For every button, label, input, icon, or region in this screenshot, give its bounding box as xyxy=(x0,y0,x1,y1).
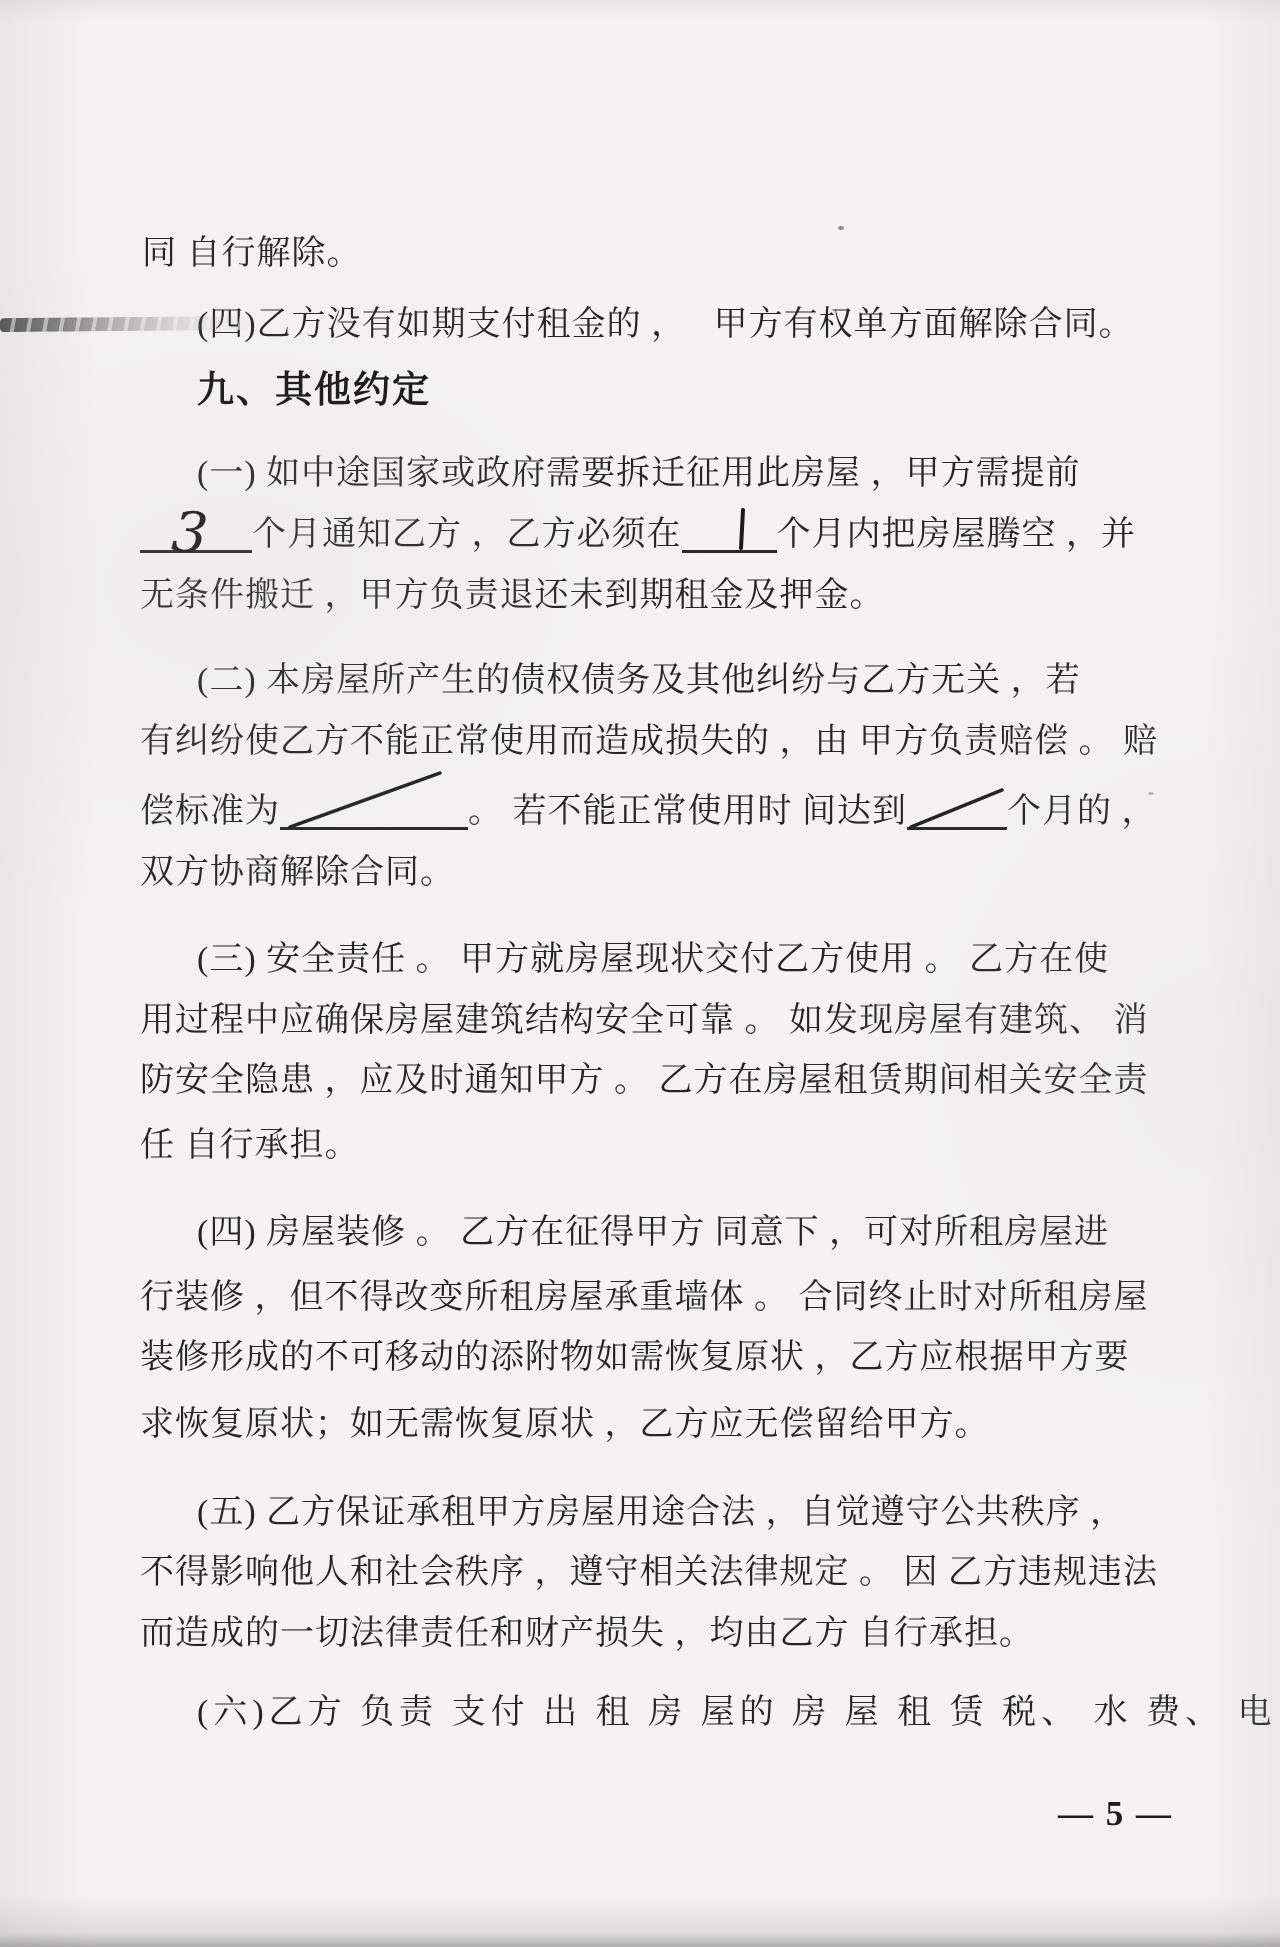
clause-9-6-line-1: (六)乙方 负责 支付 出 租 房 屋的 房 屋 租 赁 税、 水 费、 电 费… xyxy=(197,1691,1280,1735)
clause-9-3-line-3: 防安全隐患 ，应及时通知甲方 。 乙方在房屋租赁期间相关安全责 xyxy=(140,1059,1149,1103)
clause-text: 个月内把房屋腾空 ，并 xyxy=(777,516,1137,553)
clause-9-1-line-3: 无条件搬迁 ，甲方负责退还未到期租金及押金。 xyxy=(140,574,885,618)
scan-speck xyxy=(828,458,832,462)
clause-9-1-line-1: (一) 如中途国家或政府需要拆迁征用此房屋 ，甲方需提前 xyxy=(197,452,1081,496)
clause-9-3-line-2: 用过程中应确保房屋建筑结构安全可靠 。 如发现房屋有建筑、 消 xyxy=(140,999,1149,1043)
document-page: 同 自行解除。 (四)乙方没有如期支付租金的 ， 甲方有权单方面解除合同。 九、… xyxy=(0,0,1280,1947)
clause-9-4-line-3: 装修形成的不可移动的添附物如需恢复原状 ，乙方应根据甲方要 xyxy=(140,1336,1130,1380)
scan-speck xyxy=(838,226,844,230)
handwritten-number-3: 3 xyxy=(170,505,211,564)
clause-text: 个月的 ， xyxy=(1007,793,1157,830)
clause-9-5-line-1: (五) 乙方保证承租甲方房屋用途合法 ，自觉遵守公共秩序 ， xyxy=(197,1491,1125,1535)
handwritten-number-1 xyxy=(738,508,744,550)
clause-9-2-line-1: (二) 本房屋所产生的债权债务及其他纠纷与乙方无关 ，若 xyxy=(197,659,1081,703)
handwritten-blank-notice-months: 3 xyxy=(140,516,252,553)
page-number: — 5 — xyxy=(1058,1794,1173,1834)
crossed-out-blank-months xyxy=(907,793,1007,830)
scan-speck xyxy=(1148,792,1154,795)
clause-9-4-line-2: 行装修 ，但不得改变所租房屋承重墙体 。 合同终止时对所租房屋 xyxy=(140,1276,1149,1320)
scan-smudge-artifact xyxy=(0,316,262,332)
clause-9-2-line-2: 有纠纷使乙方不能正常使用而造成损失的 ，由 甲方负责赔偿 。 赔 xyxy=(140,720,1158,764)
clause-9-5-line-2: 不得影响他人和社会秩序 ，遵守相关法律规定 。 因 乙方违规违法 xyxy=(140,1551,1158,1595)
clause-text: 个月通知乙方 ，乙方必须在 xyxy=(252,516,682,553)
crossed-out-blank-compensation xyxy=(280,793,468,830)
handwritten-blank-vacate-months xyxy=(682,516,777,553)
slash-strike-mark xyxy=(280,769,468,831)
section-heading-other-agreements: 九、其他约定 xyxy=(197,368,431,412)
clause-9-3-line-4: 任 自行承担。 xyxy=(140,1124,360,1168)
clause-text: 偿标准为 xyxy=(140,793,280,830)
clause-9-4-line-4: 求恢复原状；如无需恢复原状 ，乙方应无偿留给甲方。 xyxy=(140,1403,990,1447)
clause-9-2-line-3: 偿标准为。 若不能正常使用时 间达到个月的 ， xyxy=(140,790,1157,834)
clause-9-1-line-2: 3个月通知乙方 ，乙方必须在个月内把房屋腾空 ，并 xyxy=(140,513,1136,557)
clause-9-4-line-1: (四) 房屋装修 。 乙方在征得甲方 同意下 ，可对所租房屋进 xyxy=(197,1211,1109,1255)
text-line-contract-release: 同 自行解除。 xyxy=(142,232,362,276)
clause-9-2-line-4: 双方协商解除合同。 xyxy=(140,851,455,895)
slash-strike-mark xyxy=(907,783,1007,831)
clause-8-4-overdue-rent: (四)乙方没有如期支付租金的 ， 甲方有权单方面解除合同。 xyxy=(197,303,1134,347)
clause-text: 。 若不能正常使用时 间达到 xyxy=(468,793,907,830)
clause-9-5-line-3: 而造成的一切法律责任和财产损失 ，均由乙方 自行承担。 xyxy=(140,1612,1034,1656)
clause-9-3-line-1: (三) 安全责任 。 甲方就房屋现状交付乙方使用 。 乙方在使 xyxy=(197,938,1109,982)
